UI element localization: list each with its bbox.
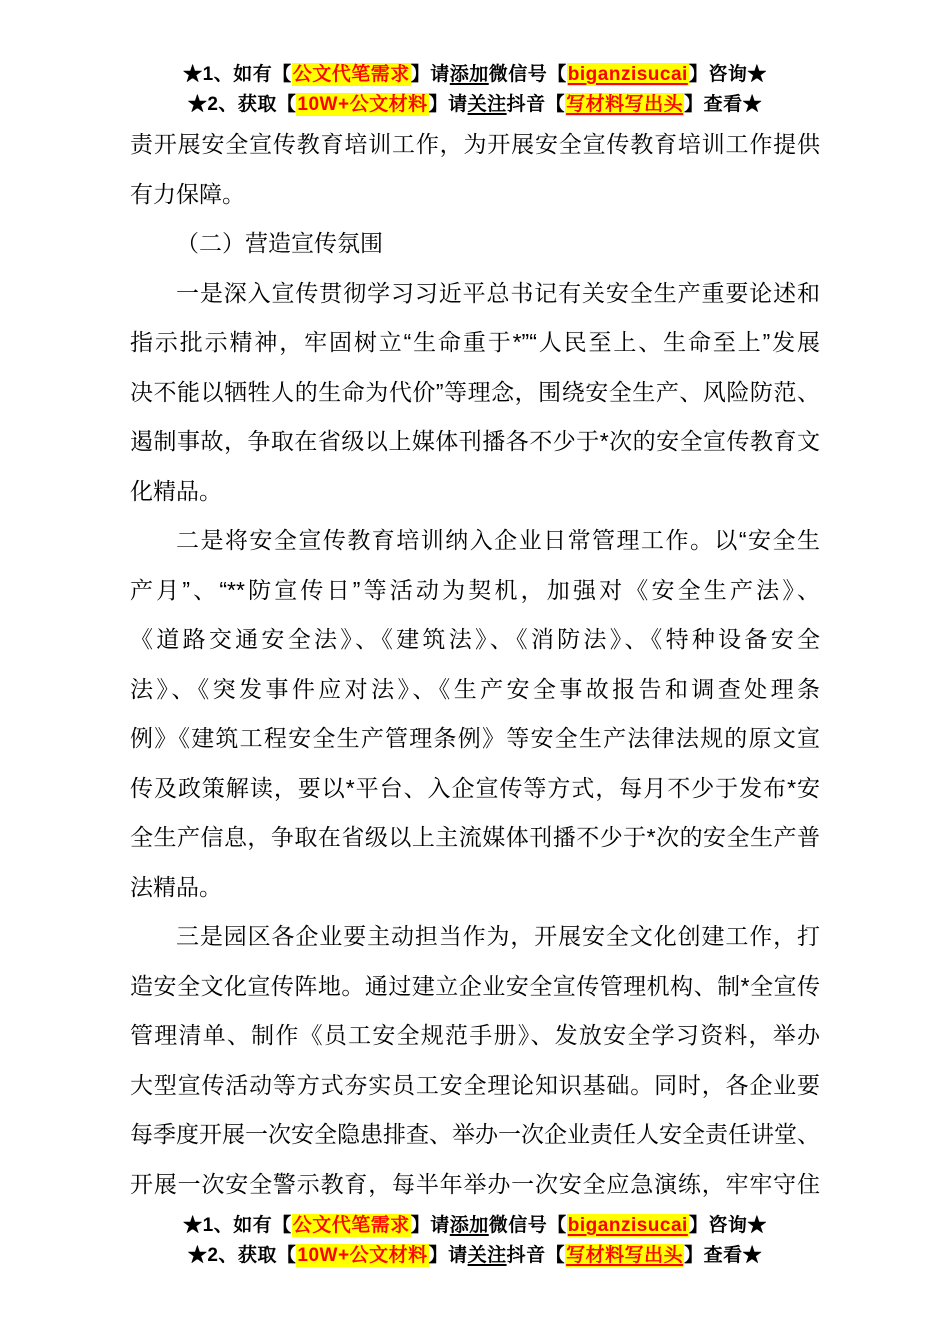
document-line: 一是深入宣传贯彻学习习近平总书记有关安全生产重要论述和 <box>130 269 820 319</box>
page-header-promo: ★1、如有【公文代笔需求】请添加微信号【biganzisucai】咨询★★2、获… <box>130 60 820 120</box>
document-line: 《道路交通安全法》、《建筑法》、《消防法》、《特种设备安全 <box>130 615 820 665</box>
document-line: 开展一次安全警示教育，每半年举办一次安全应急演练，牢牢守住 <box>130 1160 820 1210</box>
promo-segment-highlight-underline: biganzisucai <box>567 63 689 86</box>
document-line: （二）营造宣传氛围 <box>130 219 820 269</box>
promo-segment-underline: 添加 <box>450 64 489 85</box>
promo-segment-plain: 】请 <box>411 1215 450 1236</box>
promo-segment-plain: 】请 <box>429 1245 468 1266</box>
document-line: 造安全文化宣传阵地。通过建立企业安全宣传管理机构、制*全宣传 <box>130 962 820 1012</box>
promo-segment-underline: 关注 <box>468 94 507 115</box>
promo-segment-highlight: 公文代笔需求 <box>292 63 411 86</box>
document-line: 例》《建筑工程安全生产管理条例》等安全生产法律法规的原文宣 <box>130 714 820 764</box>
document-line: 管理清单、制作《员工安全规范手册》、发放安全学习资料，举办 <box>130 1011 820 1061</box>
document-line: 指示批示精神，牢固树立“生命重于*”“人民至上、生命至上”发展 <box>130 318 820 368</box>
promo-segment-plain: 】请 <box>429 94 468 115</box>
document-line: 有力保障。 <box>130 170 820 220</box>
promo-segment-highlight: 10W+公文材料 <box>296 93 428 116</box>
promo-segment-plain: 抖音【 <box>507 94 566 115</box>
promo-segment-highlight: 公文代笔需求 <box>292 1214 411 1237</box>
promo-line: ★2、获取【10W+公文材料】请关注抖音【写材料写出头】查看★ <box>130 1241 820 1271</box>
document-line: 产月”、“**防宣传日”等活动为契机，加强对《安全生产法》、 <box>130 566 820 616</box>
promo-segment-plain: ★1、如有【 <box>183 1215 292 1236</box>
document-line: 责开展安全宣传教育培训工作，为开展安全宣传教育培训工作提供 <box>130 120 820 170</box>
promo-segment-highlight: 10W+公文材料 <box>296 1244 428 1267</box>
promo-line: ★1、如有【公文代笔需求】请添加微信号【biganzisucai】咨询★ <box>130 60 820 90</box>
document-line: 法精品。 <box>130 863 820 913</box>
document-line: 化精品。 <box>130 467 820 517</box>
promo-segment-highlight-underline: 写材料写出头 <box>565 93 684 116</box>
promo-segment-plain: ★2、获取【 <box>188 94 297 115</box>
promo-segment-underline: 添加 <box>450 1215 489 1236</box>
promo-segment-plain: 】咨询★ <box>689 64 767 85</box>
document-line: 决不能以牺牲人的生命为代价”等理念，围绕安全生产、风险防范、 <box>130 368 820 418</box>
promo-segment-plain: 抖音【 <box>507 1245 566 1266</box>
promo-segment-plain: 】查看★ <box>684 1245 762 1266</box>
page-footer-promo: ★1、如有【公文代笔需求】请添加微信号【biganzisucai】咨询★★2、获… <box>130 1211 820 1271</box>
promo-segment-plain: 】咨询★ <box>689 1215 767 1236</box>
promo-segment-plain: 】查看★ <box>684 94 762 115</box>
promo-segment-underline: 关注 <box>468 1245 507 1266</box>
promo-segment-plain: 微信号【 <box>489 64 567 85</box>
document-body: 责开展安全宣传教育培训工作，为开展安全宣传教育培训工作提供有力保障。（二）营造宣… <box>130 120 820 1209</box>
promo-line: ★1、如有【公文代笔需求】请添加微信号【biganzisucai】咨询★ <box>130 1211 820 1241</box>
promo-segment-plain: ★1、如有【 <box>183 64 292 85</box>
promo-segment-highlight-underline: biganzisucai <box>567 1214 689 1237</box>
document-line: 每季度开展一次安全隐患排查、举办一次企业责任人安全责任讲堂、 <box>130 1110 820 1160</box>
promo-line: ★2、获取【10W+公文材料】请关注抖音【写材料写出头】查看★ <box>130 90 820 120</box>
document-line: 二是将安全宣传教育培训纳入企业日常管理工作。以“安全生 <box>130 516 820 566</box>
document-line: 遏制事故，争取在省级以上媒体刊播各不少于*次的安全宣传教育文 <box>130 417 820 467</box>
document-line: 三是园区各企业要主动担当作为，开展安全文化创建工作，打 <box>130 912 820 962</box>
document-line: 全生产信息，争取在省级以上主流媒体刊播不少于*次的安全生产普 <box>130 813 820 863</box>
promo-segment-plain: ★2、获取【 <box>188 1245 297 1266</box>
document-page: ★1、如有【公文代笔需求】请添加微信号【biganzisucai】咨询★★2、获… <box>0 0 950 1344</box>
document-line: 大型宣传活动等方式夯实员工安全理论知识基础。同时，各企业要 <box>130 1061 820 1111</box>
document-line: 法》、《突发事件应对法》、《生产安全事故报告和调查处理条 <box>130 665 820 715</box>
document-line: 传及政策解读，要以*平台、入企宣传等方式，每月不少于发布*安 <box>130 764 820 814</box>
promo-segment-plain: 】请 <box>411 64 450 85</box>
promo-segment-plain: 微信号【 <box>489 1215 567 1236</box>
promo-segment-highlight-underline: 写材料写出头 <box>565 1244 684 1267</box>
